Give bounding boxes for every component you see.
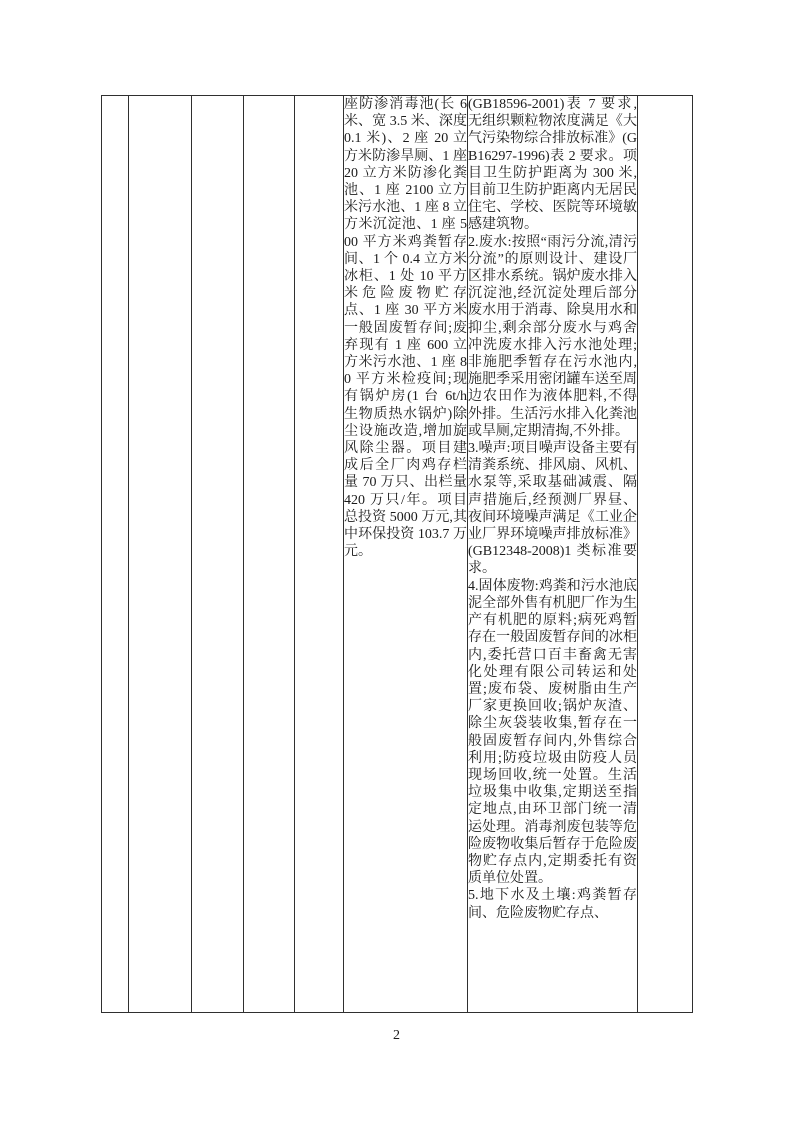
measures-paragraph-air: (GB18596-2001)表 7 要求,无组织颗粒物浓度满足《大气污染物综合排… xyxy=(468,96,637,234)
measures-paragraph-noise: 3.噪声:项目噪声设备主要有清粪系统、排风扇、风机、水泵等,采取基础减震、隔声措… xyxy=(468,440,637,578)
empty-cell-1 xyxy=(102,96,129,1013)
env-measures-cell: (GB18596-2001)表 7 要求,无组织颗粒物浓度满足《大气污染物综合排… xyxy=(468,96,638,1013)
content-table: 座防渗消毒池(长 6 米、宽 3.5 米、深度 0.1 米)、2 座 20 立方… xyxy=(101,95,693,1013)
project-description-paragraph: 座防渗消毒池(长 6 米、宽 3.5 米、深度 0.1 米)、2 座 20 立方… xyxy=(344,96,467,560)
document-page: 座防渗消毒池(长 6 米、宽 3.5 米、深度 0.1 米)、2 座 20 立方… xyxy=(0,0,793,1122)
empty-cell-6 xyxy=(638,96,693,1013)
measures-paragraph-wastewater: 2.废水:按照“雨污分流,清污分流”的原则设计、建设厂区排水系统。锅炉废水排入沉… xyxy=(468,234,637,440)
empty-cell-4 xyxy=(244,96,295,1013)
measures-paragraph-solid-waste: 4.固体废物:鸡粪和污水池底泥全部外售有机肥厂作为生产有机肥的原料;病死鸡暂存在… xyxy=(468,578,637,888)
empty-cell-3 xyxy=(192,96,244,1013)
project-description-cell: 座防渗消毒池(长 6 米、宽 3.5 米、深度 0.1 米)、2 座 20 立方… xyxy=(344,96,468,1013)
measures-paragraph-groundwater-soil: 5.地下水及土壤:鸡粪暂存间、危险废物贮存点、 xyxy=(468,887,637,921)
empty-cell-5 xyxy=(295,96,344,1013)
page-number: 2 xyxy=(0,1028,793,1044)
table-row: 座防渗消毒池(长 6 米、宽 3.5 米、深度 0.1 米)、2 座 20 立方… xyxy=(102,96,693,1013)
empty-cell-2 xyxy=(129,96,192,1013)
